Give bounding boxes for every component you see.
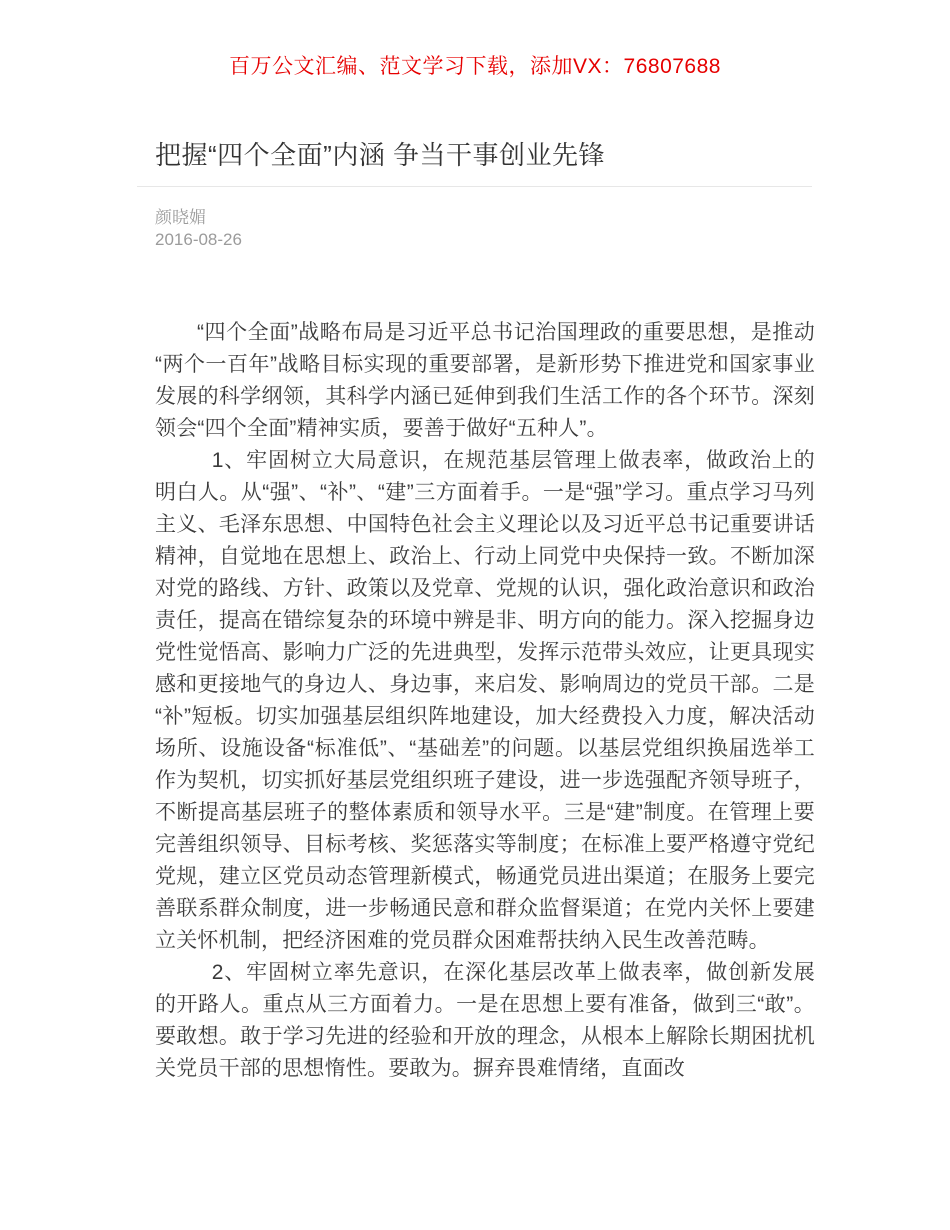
title-divider (137, 186, 812, 187)
article-paragraph-3: 2、牢固树立率先意识，在深化基层改革上做表率，做创新发展的开路人。重点从三方面着… (155, 957, 815, 1085)
publish-date: 2016-08-26 (155, 229, 815, 251)
author-name: 颜晓媚 (155, 207, 815, 229)
article: 把握“四个全面”内涵 争当干事创业先锋 颜晓媚 2016-08-26 “四个全面… (155, 139, 815, 1085)
page-title: 把握“四个全面”内涵 争当干事创业先锋 (155, 139, 815, 171)
document-page: { "page": { "header_notice": "百万公文汇编、范文学… (0, 0, 950, 1230)
article-paragraph-1: “四个全面”战略布局是习近平总书记治国理政的重要思想，是推动“两个一百年”战略目… (155, 317, 815, 445)
article-meta: 颜晓媚 2016-08-26 (155, 207, 815, 251)
article-content: “四个全面”战略布局是习近平总书记治国理政的重要思想，是推动“两个一百年”战略目… (155, 317, 815, 1085)
header-notice: 百万公文汇编、范文学习下载，添加VX：76807688 (0, 0, 950, 79)
article-paragraph-2: 1、牢固树立大局意识，在规范基层管理上做表率，做政治上的明白人。从“强”、“补”… (155, 445, 815, 957)
